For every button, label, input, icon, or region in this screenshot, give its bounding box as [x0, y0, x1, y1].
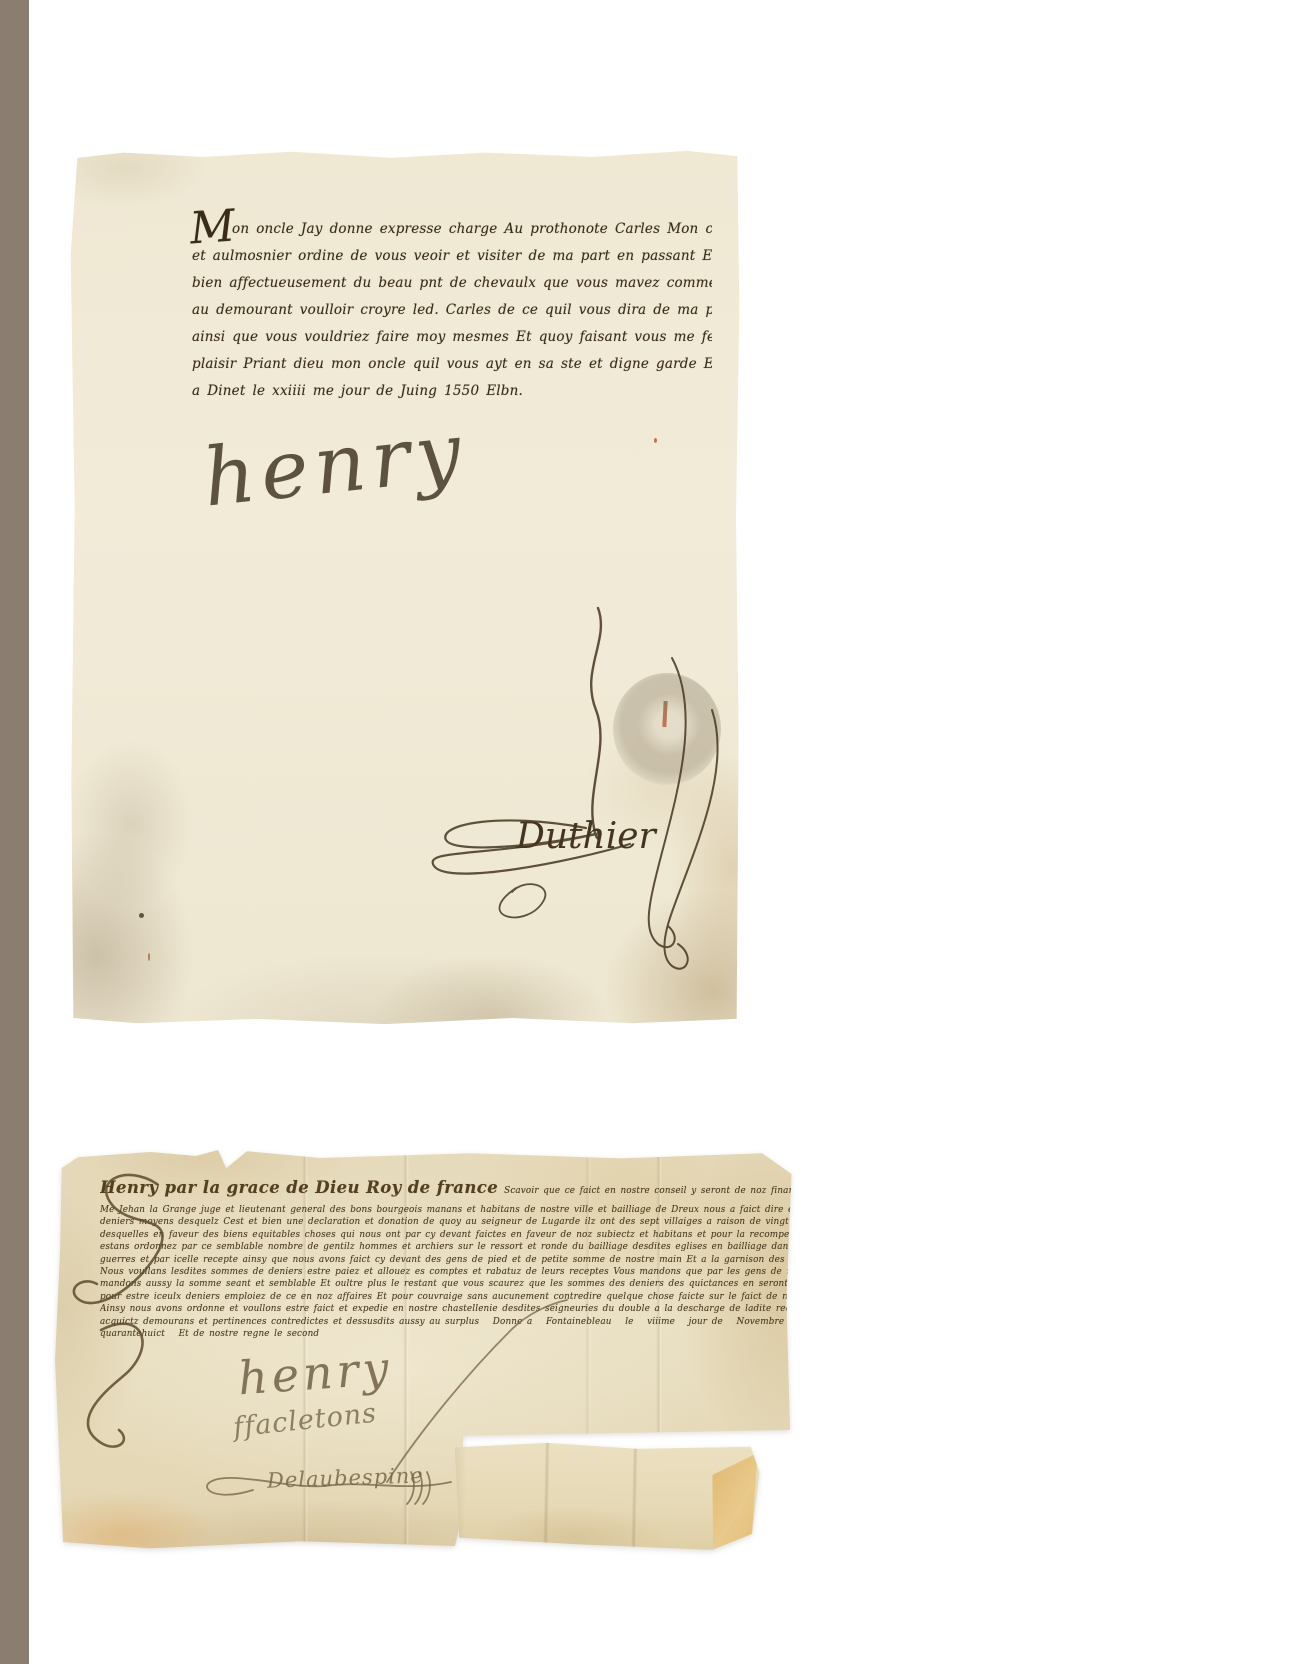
- letter-scan: M on oncle Jay donne expresse charge Au …: [70, 150, 740, 1025]
- letter-line: on oncle Jay donne expresse charge Au pr…: [192, 216, 712, 243]
- patent-line: Scavoir que ce faict en nostre conseil y…: [498, 1186, 796, 1196]
- ink-speck: [139, 913, 144, 918]
- letter-text-block: on oncle Jay donne expresse charge Au pr…: [192, 216, 712, 405]
- binding-strip: [0, 0, 29, 1664]
- letter-line: et aulmosnier ordine de vous veoir et vi…: [192, 243, 712, 270]
- letter-line: au demourant voulloir croyre led. Carles…: [192, 297, 712, 324]
- opening-flourish: [57, 1162, 212, 1472]
- secretary-signature-flourish: Duthier: [420, 600, 740, 1000]
- countersignature-swash: [175, 1448, 465, 1508]
- royal-signature: henry: [199, 404, 471, 524]
- patent-scan: Henry par la grace de Dieu Roy de france…: [55, 1150, 793, 1550]
- letter-line: plaisir Priant dieu mon oncle quil vous …: [192, 351, 712, 378]
- patent-plica-fold: [707, 1452, 760, 1549]
- secretary-signature: Duthier: [515, 816, 658, 857]
- patent-plica: [453, 1439, 760, 1551]
- ink-speck: [654, 438, 657, 443]
- letter-line: ainsi que vous vouldriez faire moy mesme…: [192, 324, 712, 351]
- scanned-book-page: { "page": { "background_color": "#ffffff…: [0, 0, 1301, 1672]
- fold-crease: [631, 1442, 638, 1548]
- letter-line: a Dinet le xxiiii me jour de Juing 1550 …: [192, 378, 712, 405]
- letter-line: bien affectueusement du beau pnt de chev…: [192, 270, 712, 297]
- fold-crease: [543, 1441, 550, 1547]
- ink-speck: [148, 953, 150, 961]
